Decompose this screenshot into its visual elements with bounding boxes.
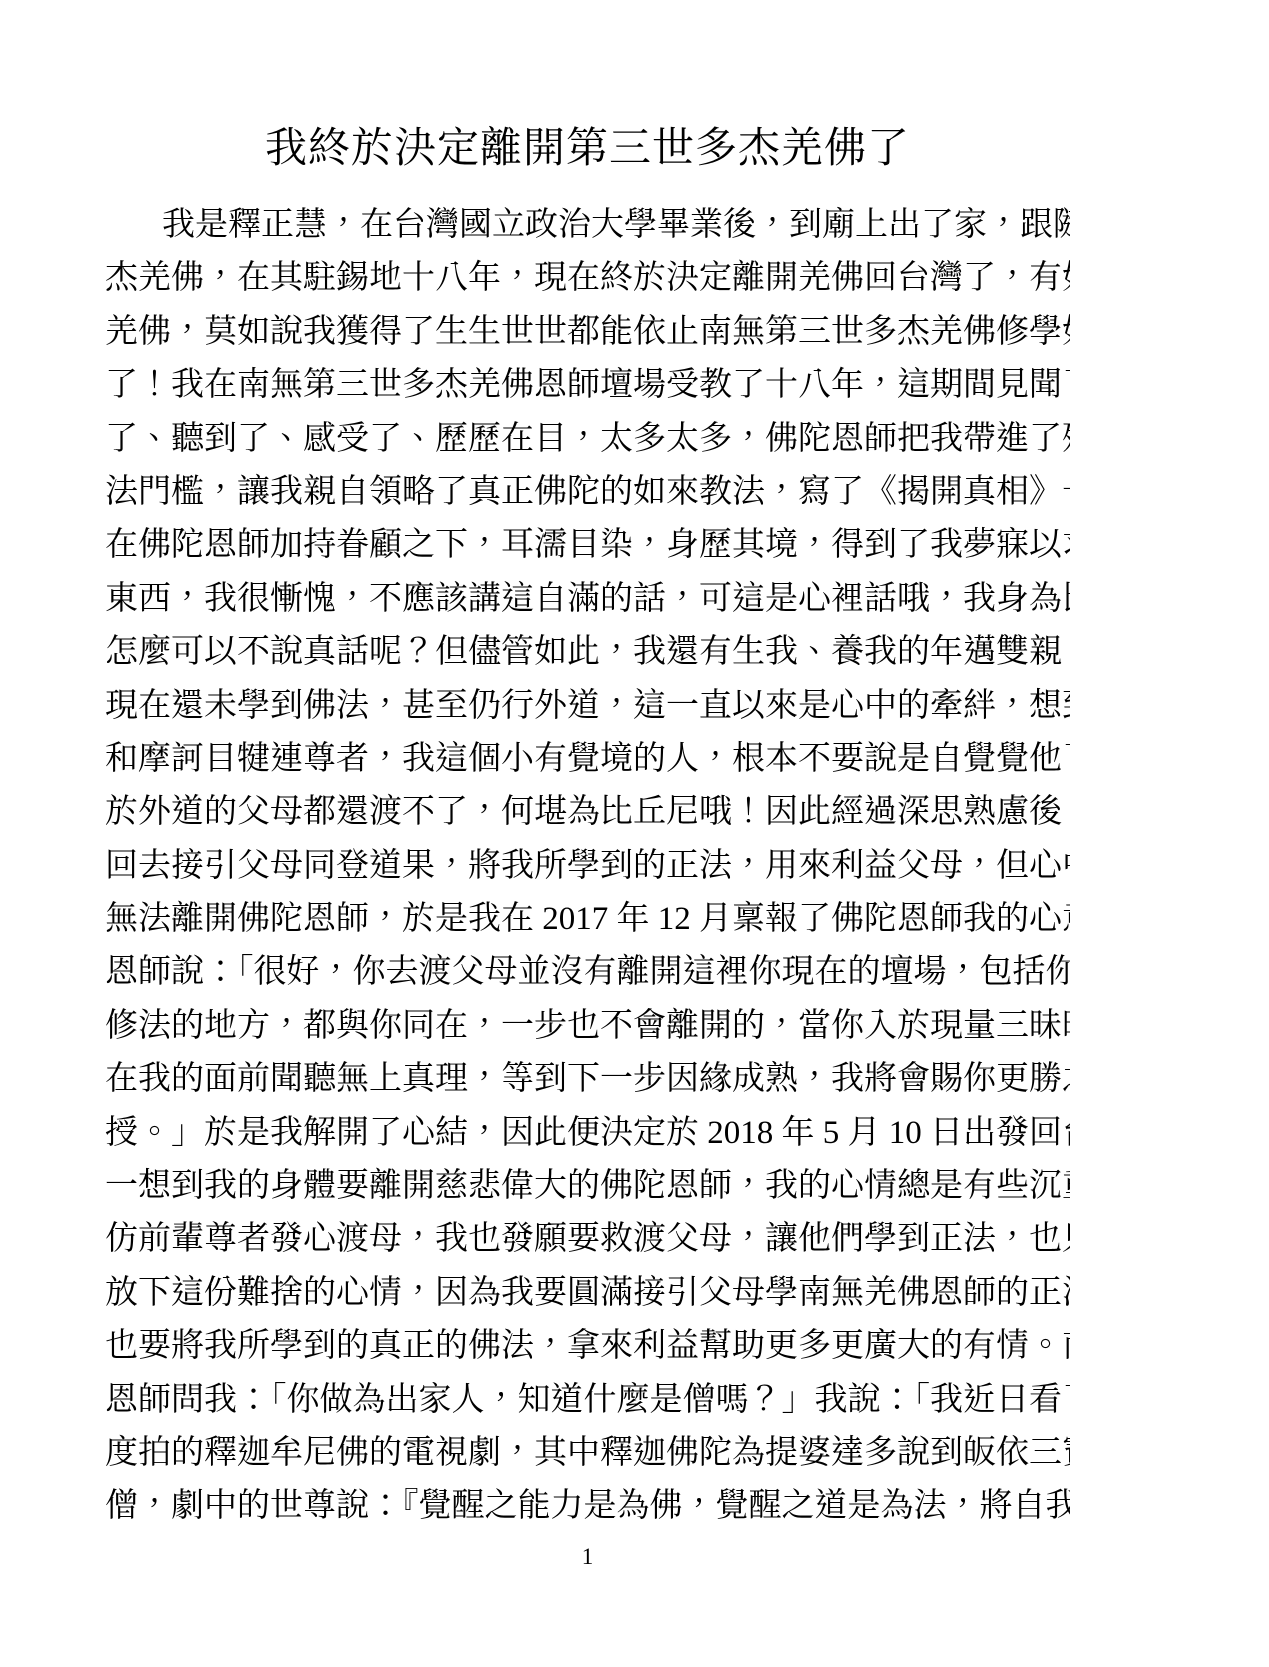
text-line: 一想到我的身體要離開慈悲偉大的佛陀恩師，我的心情總是有些沉重，但效 [105,1160,1070,1213]
text-line: 怎麼可以不說真話呢？但儘管如此，我還有生我、養我的年邁雙親，他們到 [105,626,1070,679]
body-text: 我是釋正慧，在台灣國立政治大學畢業後，到廟上出了家，跟隨第三世多杰羌佛，在其駐錫… [105,199,1070,1534]
text-line: 我是釋正慧，在台灣國立政治大學畢業後，到廟上出了家，跟隨第三世多 [105,199,1070,252]
text-line: 了、聽到了、感受了、歷歷在目，太多太多，佛陀恩師把我帶進了殊勝的佛 [105,413,1070,466]
text-line: 恩師問我：「你做為出家人，知道什麼是僧嗎？」我說：「我近日看了一部印 [105,1374,1070,1427]
page-title: 我終於決定離開第三世多杰羌佛了 [105,122,1070,176]
text-line: 無法離開佛陀恩師，於是我在 2017 年 12 月稟報了佛陀恩師我的心意後，佛陀 [105,893,1070,946]
text-line: 度拍的釋迦牟尼佛的電視劇，其中釋迦佛陀為提婆達多說到皈依三寶的佛法 [105,1427,1070,1480]
text-line: 僧，劇中的世尊說：『覺醒之能力是為佛，覺醒之道是為法，將自我身心投入 [105,1480,1070,1533]
text-line: 現在還未學到佛法，甚至仍行外道，這一直以來是心中的牽絆，想到舍利弗 [105,680,1070,733]
text-line: 在我的面前聞聽無上真理，等到下一步因緣成熟，我將會賜你更勝之法的傳 [105,1053,1070,1106]
document-page: 我終於決定離開第三世多杰羌佛了 我是釋正慧，在台灣國立政治大學畢業後，到廟上出了… [0,0,1269,1667]
text-line: 東西，我很慚愧，不應該講這自滿的話，可這是心裡話哦，我身為比丘尼， [105,573,1070,626]
text-line: 恩師說：「很好，你去渡父母並沒有離開這裡你現在的壇場，包括你每天禪坐 [105,946,1070,999]
text-line: 授。」於是我解開了心結，因此便決定於 2018 年 5 月 10 日出發回台灣道… [105,1107,1070,1160]
text-line: 羌佛，莫如說我獲得了生生世世都能依止南無第三世多杰羌佛修學如來正法 [105,306,1070,359]
text-line: 修法的地方，都與你同在，一步也不會離開的，當你入於現量三昧時，你就 [105,1000,1070,1053]
text-line: 了！我在南無第三世多杰羌佛恩師壇場受教了十八年，這期間見聞了、體驗 [105,359,1070,412]
text-line: 和摩訶目犍連尊者，我這個小有覺境的人，根本不要說是自覺覺他了，連陷 [105,733,1070,786]
page-number: 1 [105,1542,1070,1572]
text-line: 放下這份難捨的心情，因為我要圓滿接引父母學南無羌佛恩師的正法，同時 [105,1267,1070,1320]
text-line: 回去接引父母同登道果，將我所學到的正法，用來利益父母，但心中確實又 [105,840,1070,893]
text-line: 法門檻，讓我親自領略了真正佛陀的如來教法，寫了《揭開真相》一書，我 [105,466,1070,519]
text-line: 於外道的父母都還渡不了，何堪為比丘尼哦！因此經過深思熟慮後，想親自 [105,786,1070,839]
text-line: 杰羌佛，在其駐錫地十八年，現在終於決定離開羌佛回台灣了，有如說離開 [105,252,1070,305]
text-line: 仿前輩尊者發心渡母，我也發願要救渡父母，讓他們學到正法，也只得暫時 [105,1213,1070,1266]
text-line: 在佛陀恩師加持眷顧之下，耳濡目染，身歷其境，得到了我夢寐以求想要的 [105,519,1070,572]
text-line: 也要將我所學到的真正的佛法，拿來利益幫助更多更廣大的有情。南無羌佛 [105,1320,1070,1373]
